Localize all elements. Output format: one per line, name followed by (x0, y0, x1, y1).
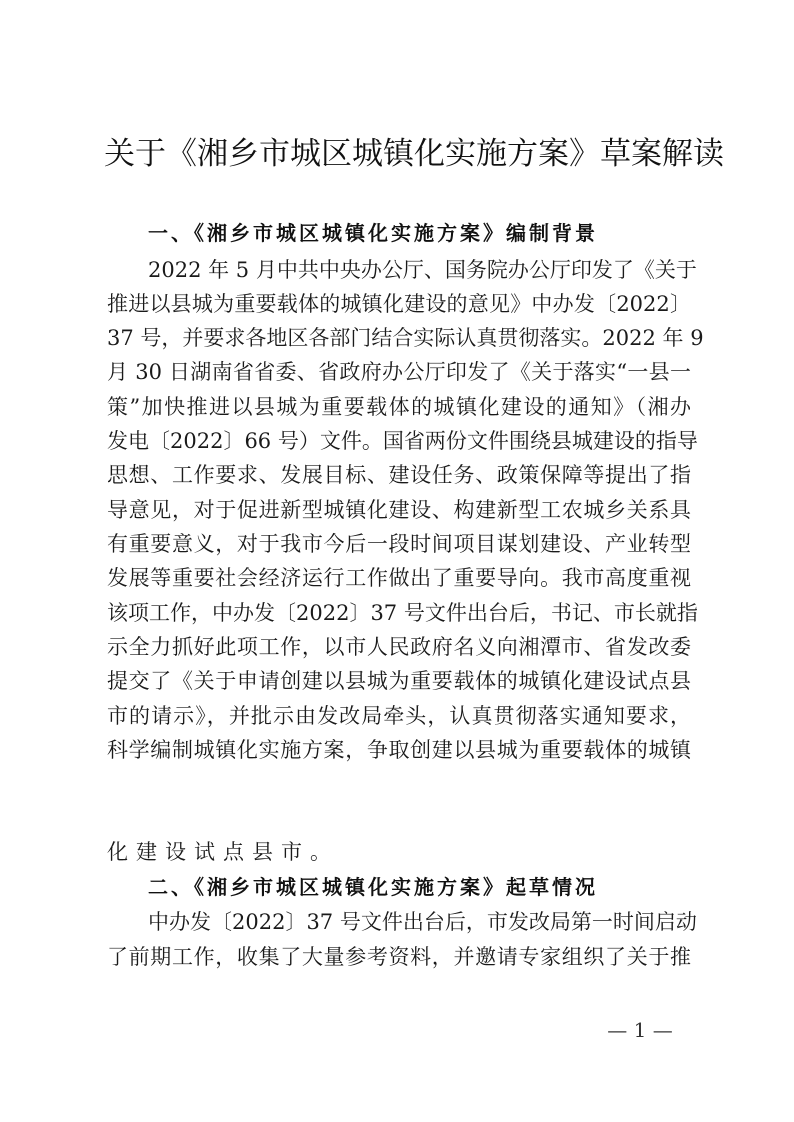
document-page: 关于《湘乡市城区城镇化实施方案》草案解读 一、《湘乡市城区城镇化实施方案》编制背… (0, 0, 794, 1122)
paragraph-line: 发电〔2022〕66 号）文件。国省两份文件围绕县城建设的指导 (107, 426, 691, 456)
paragraph-line: 示全力抓好此项工作，以市人民政府名义向湘潭市、省发改委 (107, 632, 691, 662)
page-number: — 1 — (604, 1017, 676, 1043)
paragraph-line: 思想、工作要求、发展目标、建设任务、政策保障等提出了指 (107, 460, 691, 490)
paragraph-line: 有重要意义，对于我市今后一段时间项目谋划建设、产业转型 (107, 529, 691, 559)
section-heading-2: 二、《湘乡市城区城镇化实施方案》起草情况 (148, 872, 598, 902)
paragraph-line: 月 30 日湖南省省委、省政府办公厅印发了《关于落实“一县一 (107, 357, 691, 387)
document-title: 关于《湘乡市城区城镇化实施方案》草案解读 (104, 134, 696, 174)
paragraph-line: 2022 年 5 月中共中央办公厅、国务院办公厅印发了《关于 (148, 255, 691, 285)
paragraph-line: 中办发〔2022〕37 号文件出台后，市发改局第一时间启动 (148, 907, 691, 937)
paragraph-line: 发展等重要社会经济运行工作做出了重要导向。我市高度重视 (107, 563, 691, 593)
paragraph-line: 导意见，对于促进新型城镇化建设、构建新型工农城乡关系具 (107, 495, 691, 525)
paragraph-line: 了前期工作，收集了大量参考资料，并邀请专家组织了关于推 (107, 942, 691, 972)
paragraph-line: 策”加快推进以县城为重要载体的城镇化建设的通知》（湘办 (107, 392, 691, 422)
paragraph-line: 该项工作，中办发〔2022〕37 号文件出台后，书记、市长就指 (107, 598, 691, 628)
paragraph-line: 化建设试点县市。 (107, 837, 339, 867)
paragraph-line: 科学编制城镇化实施方案，争取创建以县城为重要载体的城镇 (107, 735, 691, 765)
paragraph-line: 提交了《关于申请创建以县城为重要载体的城镇化建设试点县 (107, 666, 691, 696)
paragraph-line: 市的请示》，并批示由发改局牵头，认真贯彻落实通知要求， (107, 701, 691, 731)
paragraph-line: 推进以县城为重要载体的城镇化建设的意见》中办发〔2022〕 (107, 289, 691, 319)
paragraph-line: 37 号，并要求各地区各部门结合实际认真贯彻落实。2022 年 9 (107, 323, 691, 353)
section-heading-1: 一、《湘乡市城区城镇化实施方案》编制背景 (148, 218, 598, 248)
